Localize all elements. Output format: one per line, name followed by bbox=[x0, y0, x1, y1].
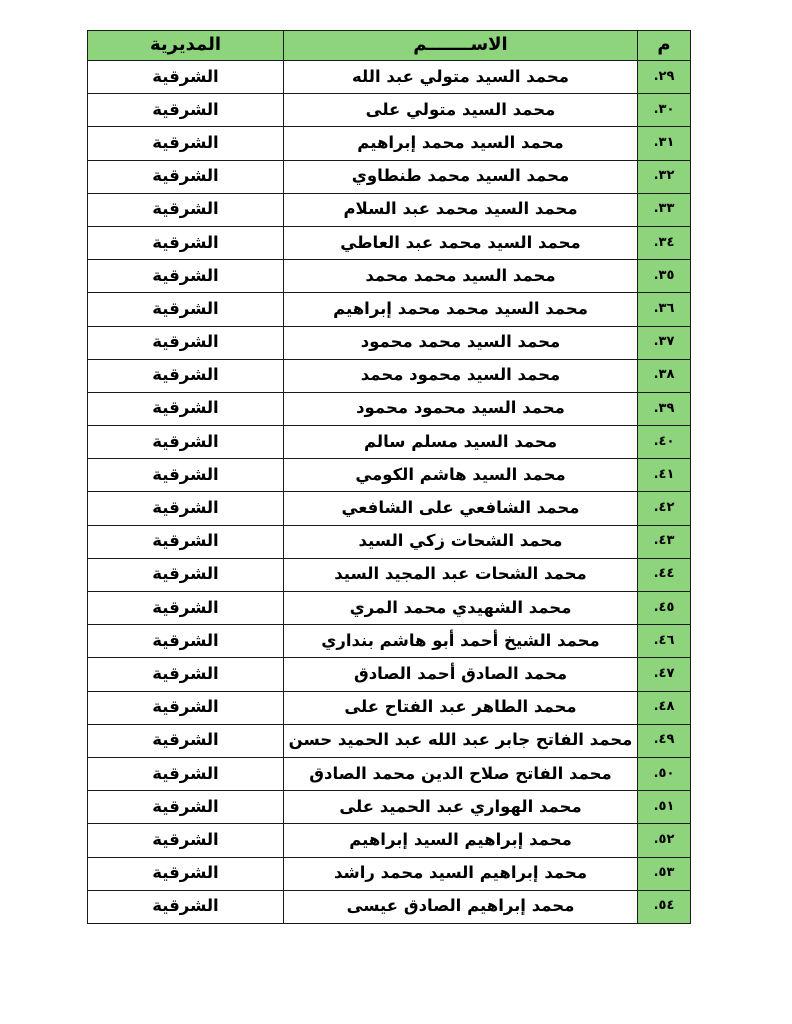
row-number-cell: ٤١. bbox=[638, 459, 691, 492]
row-directorate-cell: الشرقية bbox=[88, 326, 284, 359]
table-row: ٣٦. محمد السيد محمد محمد إبراهيم الشرقية bbox=[88, 293, 691, 326]
row-name-cell: محمد الفاتح صلاح الدين محمد الصادق bbox=[284, 757, 638, 790]
table-row: ٤١. محمد السيد هاشم الكومي الشرقية bbox=[88, 459, 691, 492]
row-directorate-cell: الشرقية bbox=[88, 359, 284, 392]
table-row: ٣١. محمد السيد محمد إبراهيم الشرقية bbox=[88, 127, 691, 160]
table-row: ٣٠. محمد السيد متولي على الشرقية bbox=[88, 94, 691, 127]
header-name: الاســـــــم bbox=[284, 31, 638, 61]
row-number-cell: ٤٥. bbox=[638, 592, 691, 625]
row-name-cell: محمد الشهيدي محمد المري bbox=[284, 592, 638, 625]
row-number-cell: ٤٤. bbox=[638, 558, 691, 591]
row-name-cell: محمد السيد محمود محمود bbox=[284, 392, 638, 425]
row-number-cell: ٣٥. bbox=[638, 260, 691, 293]
roster-table: م الاســـــــم المديرية ٢٩. محمد السيد م… bbox=[87, 30, 691, 924]
row-name-cell: محمد الهواري عبد الحميد على bbox=[284, 791, 638, 824]
header-directorate: المديرية bbox=[88, 31, 284, 61]
table-row: ٥٢. محمد إبراهيم السيد إبراهيم الشرقية bbox=[88, 824, 691, 857]
row-directorate-cell: الشرقية bbox=[88, 127, 284, 160]
row-number-cell: ٤٩. bbox=[638, 724, 691, 757]
row-directorate-cell: الشرقية bbox=[88, 592, 284, 625]
row-name-cell: محمد السيد هاشم الكومي bbox=[284, 459, 638, 492]
row-name-cell: محمد السيد متولي عبد الله bbox=[284, 61, 638, 94]
table-row: ٤٧. محمد الصادق أحمد الصادق الشرقية bbox=[88, 658, 691, 691]
row-number-cell: ٤٢. bbox=[638, 492, 691, 525]
row-name-cell: محمد السيد محمد محمد bbox=[284, 260, 638, 293]
row-directorate-cell: الشرقية bbox=[88, 193, 284, 226]
row-directorate-cell: الشرقية bbox=[88, 658, 284, 691]
document-page: م الاســـــــم المديرية ٢٩. محمد السيد م… bbox=[0, 0, 792, 1024]
table-row: ٤٠. محمد السيد مسلم سالم الشرقية bbox=[88, 426, 691, 459]
row-directorate-cell: الشرقية bbox=[88, 824, 284, 857]
table-row: ٤٣. محمد الشحات زكي السيد الشرقية bbox=[88, 525, 691, 558]
table-row: ٣٤. محمد السيد محمد عبد العاطي الشرقية bbox=[88, 226, 691, 259]
row-name-cell: محمد السيد محمد إبراهيم bbox=[284, 127, 638, 160]
row-directorate-cell: الشرقية bbox=[88, 94, 284, 127]
row-number-cell: ٤٨. bbox=[638, 691, 691, 724]
table-row: ٤٥. محمد الشهيدي محمد المري الشرقية bbox=[88, 592, 691, 625]
row-directorate-cell: الشرقية bbox=[88, 757, 284, 790]
row-number-cell: ٣٧. bbox=[638, 326, 691, 359]
row-name-cell: محمد السيد محمد عبد العاطي bbox=[284, 226, 638, 259]
row-directorate-cell: الشرقية bbox=[88, 890, 284, 923]
row-number-cell: ٤٣. bbox=[638, 525, 691, 558]
row-name-cell: محمد الشيخ أحمد أبو هاشم بنداري bbox=[284, 625, 638, 658]
row-number-cell: ٣٩. bbox=[638, 392, 691, 425]
row-name-cell: محمد الصادق أحمد الصادق bbox=[284, 658, 638, 691]
row-name-cell: محمد الفاتح جابر عبد الله عبد الحميد حسن bbox=[284, 724, 638, 757]
table-body: ٢٩. محمد السيد متولي عبد الله الشرقية ٣٠… bbox=[88, 61, 691, 924]
row-number-cell: ٣٤. bbox=[638, 226, 691, 259]
row-directorate-cell: الشرقية bbox=[88, 691, 284, 724]
row-directorate-cell: الشرقية bbox=[88, 724, 284, 757]
row-name-cell: محمد الشحات زكي السيد bbox=[284, 525, 638, 558]
row-directorate-cell: الشرقية bbox=[88, 226, 284, 259]
row-directorate-cell: الشرقية bbox=[88, 293, 284, 326]
table-row: ٣٣. محمد السيد محمد عبد السلام الشرقية bbox=[88, 193, 691, 226]
row-number-cell: ٤٧. bbox=[638, 658, 691, 691]
row-number-cell: ٥٠. bbox=[638, 757, 691, 790]
row-name-cell: محمد السيد محمد محمد إبراهيم bbox=[284, 293, 638, 326]
row-number-cell: ٢٩. bbox=[638, 61, 691, 94]
row-directorate-cell: الشرقية bbox=[88, 392, 284, 425]
table-row: ٥٣. محمد إبراهيم السيد محمد راشد الشرقية bbox=[88, 857, 691, 890]
row-number-cell: ٣٠. bbox=[638, 94, 691, 127]
row-directorate-cell: الشرقية bbox=[88, 558, 284, 591]
row-number-cell: ٣٢. bbox=[638, 160, 691, 193]
row-name-cell: محمد الشحات عبد المجيد السيد bbox=[284, 558, 638, 591]
row-name-cell: محمد الشافعي على الشافعي bbox=[284, 492, 638, 525]
table-row: ٣٢. محمد السيد محمد طنطاوي الشرقية bbox=[88, 160, 691, 193]
row-number-cell: ٥١. bbox=[638, 791, 691, 824]
row-number-cell: ٥٢. bbox=[638, 824, 691, 857]
table-row: ٣٧. محمد السيد محمد محمود الشرقية bbox=[88, 326, 691, 359]
row-directorate-cell: الشرقية bbox=[88, 625, 284, 658]
row-name-cell: محمد إبراهيم السيد محمد راشد bbox=[284, 857, 638, 890]
table-row: ٣٨. محمد السيد محمود محمد الشرقية bbox=[88, 359, 691, 392]
table-row: ٤٨. محمد الطاهر عبد الفتاح على الشرقية bbox=[88, 691, 691, 724]
row-name-cell: محمد الطاهر عبد الفتاح على bbox=[284, 691, 638, 724]
header-row: م الاســـــــم المديرية bbox=[88, 31, 691, 61]
table-row: ٥١. محمد الهواري عبد الحميد على الشرقية bbox=[88, 791, 691, 824]
row-directorate-cell: الشرقية bbox=[88, 260, 284, 293]
row-name-cell: محمد السيد مسلم سالم bbox=[284, 426, 638, 459]
row-number-cell: ٣٦. bbox=[638, 293, 691, 326]
row-name-cell: محمد السيد محمود محمد bbox=[284, 359, 638, 392]
row-number-cell: ٣٨. bbox=[638, 359, 691, 392]
table-row: ٤٢. محمد الشافعي على الشافعي الشرقية bbox=[88, 492, 691, 525]
row-number-cell: ٥٣. bbox=[638, 857, 691, 890]
row-directorate-cell: الشرقية bbox=[88, 791, 284, 824]
table-row: ٢٩. محمد السيد متولي عبد الله الشرقية bbox=[88, 61, 691, 94]
table-row: ٤٩. محمد الفاتح جابر عبد الله عبد الحميد… bbox=[88, 724, 691, 757]
table-row: ٣٩. محمد السيد محمود محمود الشرقية bbox=[88, 392, 691, 425]
row-number-cell: ٤٠. bbox=[638, 426, 691, 459]
table-row: ٣٥. محمد السيد محمد محمد الشرقية bbox=[88, 260, 691, 293]
row-directorate-cell: الشرقية bbox=[88, 525, 284, 558]
table-row: ٤٤. محمد الشحات عبد المجيد السيد الشرقية bbox=[88, 558, 691, 591]
row-directorate-cell: الشرقية bbox=[88, 492, 284, 525]
row-name-cell: محمد السيد محمد طنطاوي bbox=[284, 160, 638, 193]
row-name-cell: محمد السيد محمد محمود bbox=[284, 326, 638, 359]
row-directorate-cell: الشرقية bbox=[88, 160, 284, 193]
table-row: ٥٤. محمد إبراهيم الصادق عيسى الشرقية bbox=[88, 890, 691, 923]
row-number-cell: ٤٦. bbox=[638, 625, 691, 658]
table-row: ٤٦. محمد الشيخ أحمد أبو هاشم بنداري الشر… bbox=[88, 625, 691, 658]
row-number-cell: ٣١. bbox=[638, 127, 691, 160]
header-number: م bbox=[638, 31, 691, 61]
row-name-cell: محمد إبراهيم السيد إبراهيم bbox=[284, 824, 638, 857]
row-name-cell: محمد السيد متولي على bbox=[284, 94, 638, 127]
row-name-cell: محمد إبراهيم الصادق عيسى bbox=[284, 890, 638, 923]
row-directorate-cell: الشرقية bbox=[88, 459, 284, 492]
row-directorate-cell: الشرقية bbox=[88, 857, 284, 890]
row-name-cell: محمد السيد محمد عبد السلام bbox=[284, 193, 638, 226]
row-number-cell: ٥٤. bbox=[638, 890, 691, 923]
row-number-cell: ٣٣. bbox=[638, 193, 691, 226]
table-row: ٥٠. محمد الفاتح صلاح الدين محمد الصادق ا… bbox=[88, 757, 691, 790]
row-directorate-cell: الشرقية bbox=[88, 426, 284, 459]
row-directorate-cell: الشرقية bbox=[88, 61, 284, 94]
